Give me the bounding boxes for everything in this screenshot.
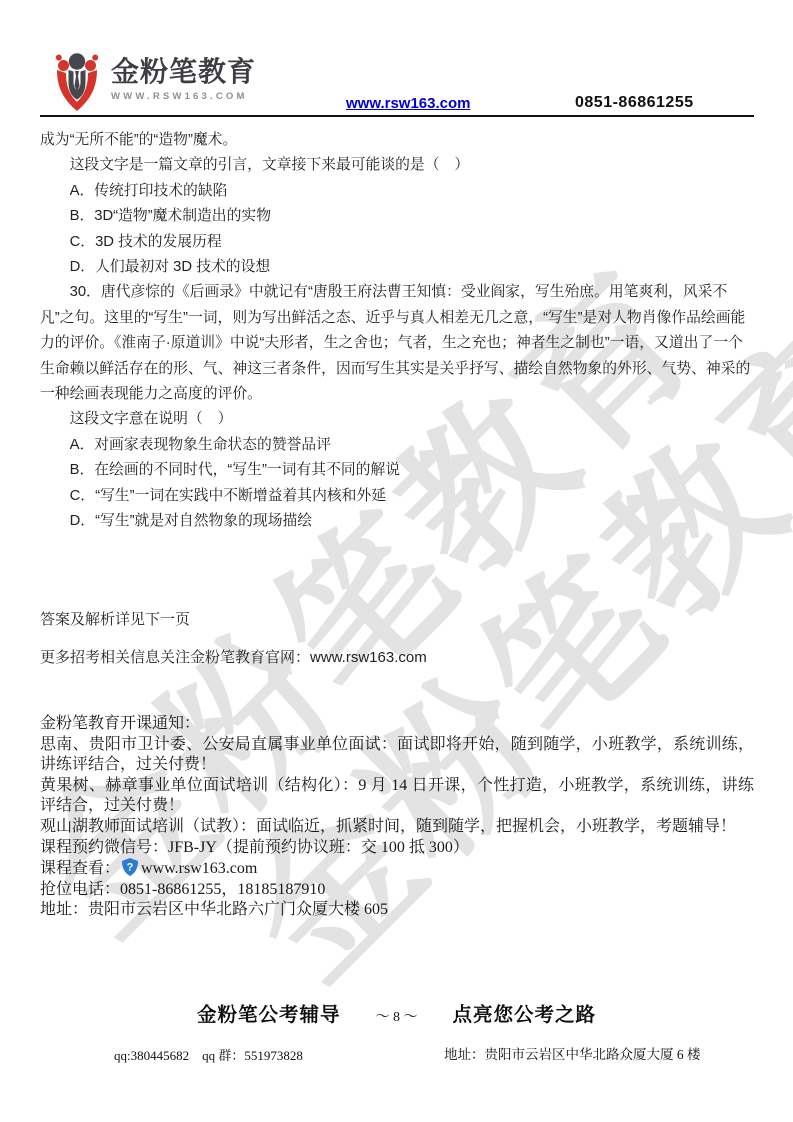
course-view-url: www.rsw163.com	[141, 860, 257, 877]
more-info-line: 更多招考相关信息关注金粉笔教育官网：www.rsw163.com	[40, 646, 754, 667]
notice-address-line: 地址：贵阳市云岩区中华北路六广门众厦大楼 605	[40, 900, 754, 921]
footer-contact-row: qq:380445682 qq 群：551973828 地址：贵阳市云岩区中华北…	[0, 1043, 793, 1065]
footer-brand: 金粉笔公考辅导	[197, 999, 341, 1027]
question1-option-b: B．3D“造物”魔术制造出的实物	[40, 204, 754, 229]
notice-item: 思南、贵阳市卫计委、公安局直属事业单位面试：面试即将开始，随到随学，小班教学，系…	[40, 735, 754, 776]
question2-stem: 这段文字意在说明（ ）	[40, 407, 754, 432]
notice-item: 观山湖教师面试培训（试教）：面试临近，抓紧时间，随到随学，把握机会，小班教学，考…	[40, 817, 754, 838]
brand-logo: 金粉笔教育 WWW.RSW163.COM	[55, 52, 256, 114]
paragraph-continuation: 成为“无所不能”的“造物”魔术。	[40, 128, 754, 153]
brand-text-block: 金粉笔教育 WWW.RSW163.COM	[111, 52, 256, 114]
question1-stem: 这段文字是一篇文章的引言，文章接下来最可能谈的是（ ）	[40, 153, 754, 178]
shield-question-icon: ?	[122, 858, 138, 876]
question2-option-a: A．对画家表现物象生命状态的赞誉品评	[40, 433, 754, 458]
page-number: ～ 8 ～	[376, 1006, 418, 1026]
notice-item: 黄果树、赫章事业单位面试培训（结构化）：9 月 14 日开课，个性打造，小班教学…	[40, 776, 754, 817]
brand-website: WWW.RSW163.COM	[111, 91, 256, 102]
header-phone-number: 0851-86861255	[575, 94, 694, 112]
question2-option-d: D．“写生”就是对自然物象的现场描绘	[40, 509, 754, 534]
brand-logo-icon	[55, 52, 99, 114]
question2-option-c: C．“写生”一词在实践中不断增益着其内核和外延	[40, 484, 754, 509]
document-page: 金粉笔教育 金粉笔教育 金粉笔教育 WWW.RSW163.COM www.rsw…	[0, 0, 793, 1122]
question1-option-d: D．人们最初对 3D 技术的设想	[40, 255, 754, 280]
footer-title-row: 金粉笔公考辅导 ～ 8 ～ 点亮您公考之路	[0, 999, 793, 1027]
brand-name: 金粉笔教育	[111, 57, 256, 87]
course-view-label: 课程查看：	[40, 860, 120, 877]
svg-text:?: ?	[127, 862, 134, 874]
page-header: 金粉笔教育 WWW.RSW163.COM www.rsw163.com 0851…	[0, 0, 793, 120]
header-divider	[40, 115, 754, 117]
footer-slogan: 点亮您公考之路	[453, 999, 597, 1027]
notice-wechat-line: 课程预约微信号：JFB-JY（提前预约协议班：交 100 抵 300）	[40, 838, 754, 859]
question2-passage: 30．唐代彦悰的《后画录》中就记有“唐殷王府法曹王知慎：受业阎家，写生殆庶。用笔…	[40, 280, 754, 407]
course-notice-block: 金粉笔教育开课通知： 思南、贵阳市卫计委、公安局直属事业单位面试：面试即将开始，…	[40, 714, 754, 921]
notice-course-view-line: 课程查看：?www.rsw163.com	[40, 858, 754, 880]
footer-qq-info: qq:380445682 qq 群：551973828	[114, 1045, 303, 1064]
footer-address: 地址：贵阳市云岩区中华北路众厦大厦 6 楼	[444, 1043, 701, 1063]
question-text-block: 成为“无所不能”的“造物”魔术。 这段文字是一篇文章的引言，文章接下来最可能谈的…	[40, 128, 754, 535]
question2-option-b: B．在绘画的不同时代，“写生”一词有其不同的解说	[40, 458, 754, 483]
header-website-link[interactable]: www.rsw163.com	[346, 95, 471, 112]
answer-note: 答案及解析详见下一页	[40, 608, 754, 629]
question1-option-a: A．传统打印技术的缺陷	[40, 179, 754, 204]
notice-hotline-line: 抢位电话：0851-86861255，18185187910	[40, 880, 754, 901]
question1-option-c: C．3D 技术的发展历程	[40, 230, 754, 255]
notice-title: 金粉笔教育开课通知：	[40, 714, 754, 735]
